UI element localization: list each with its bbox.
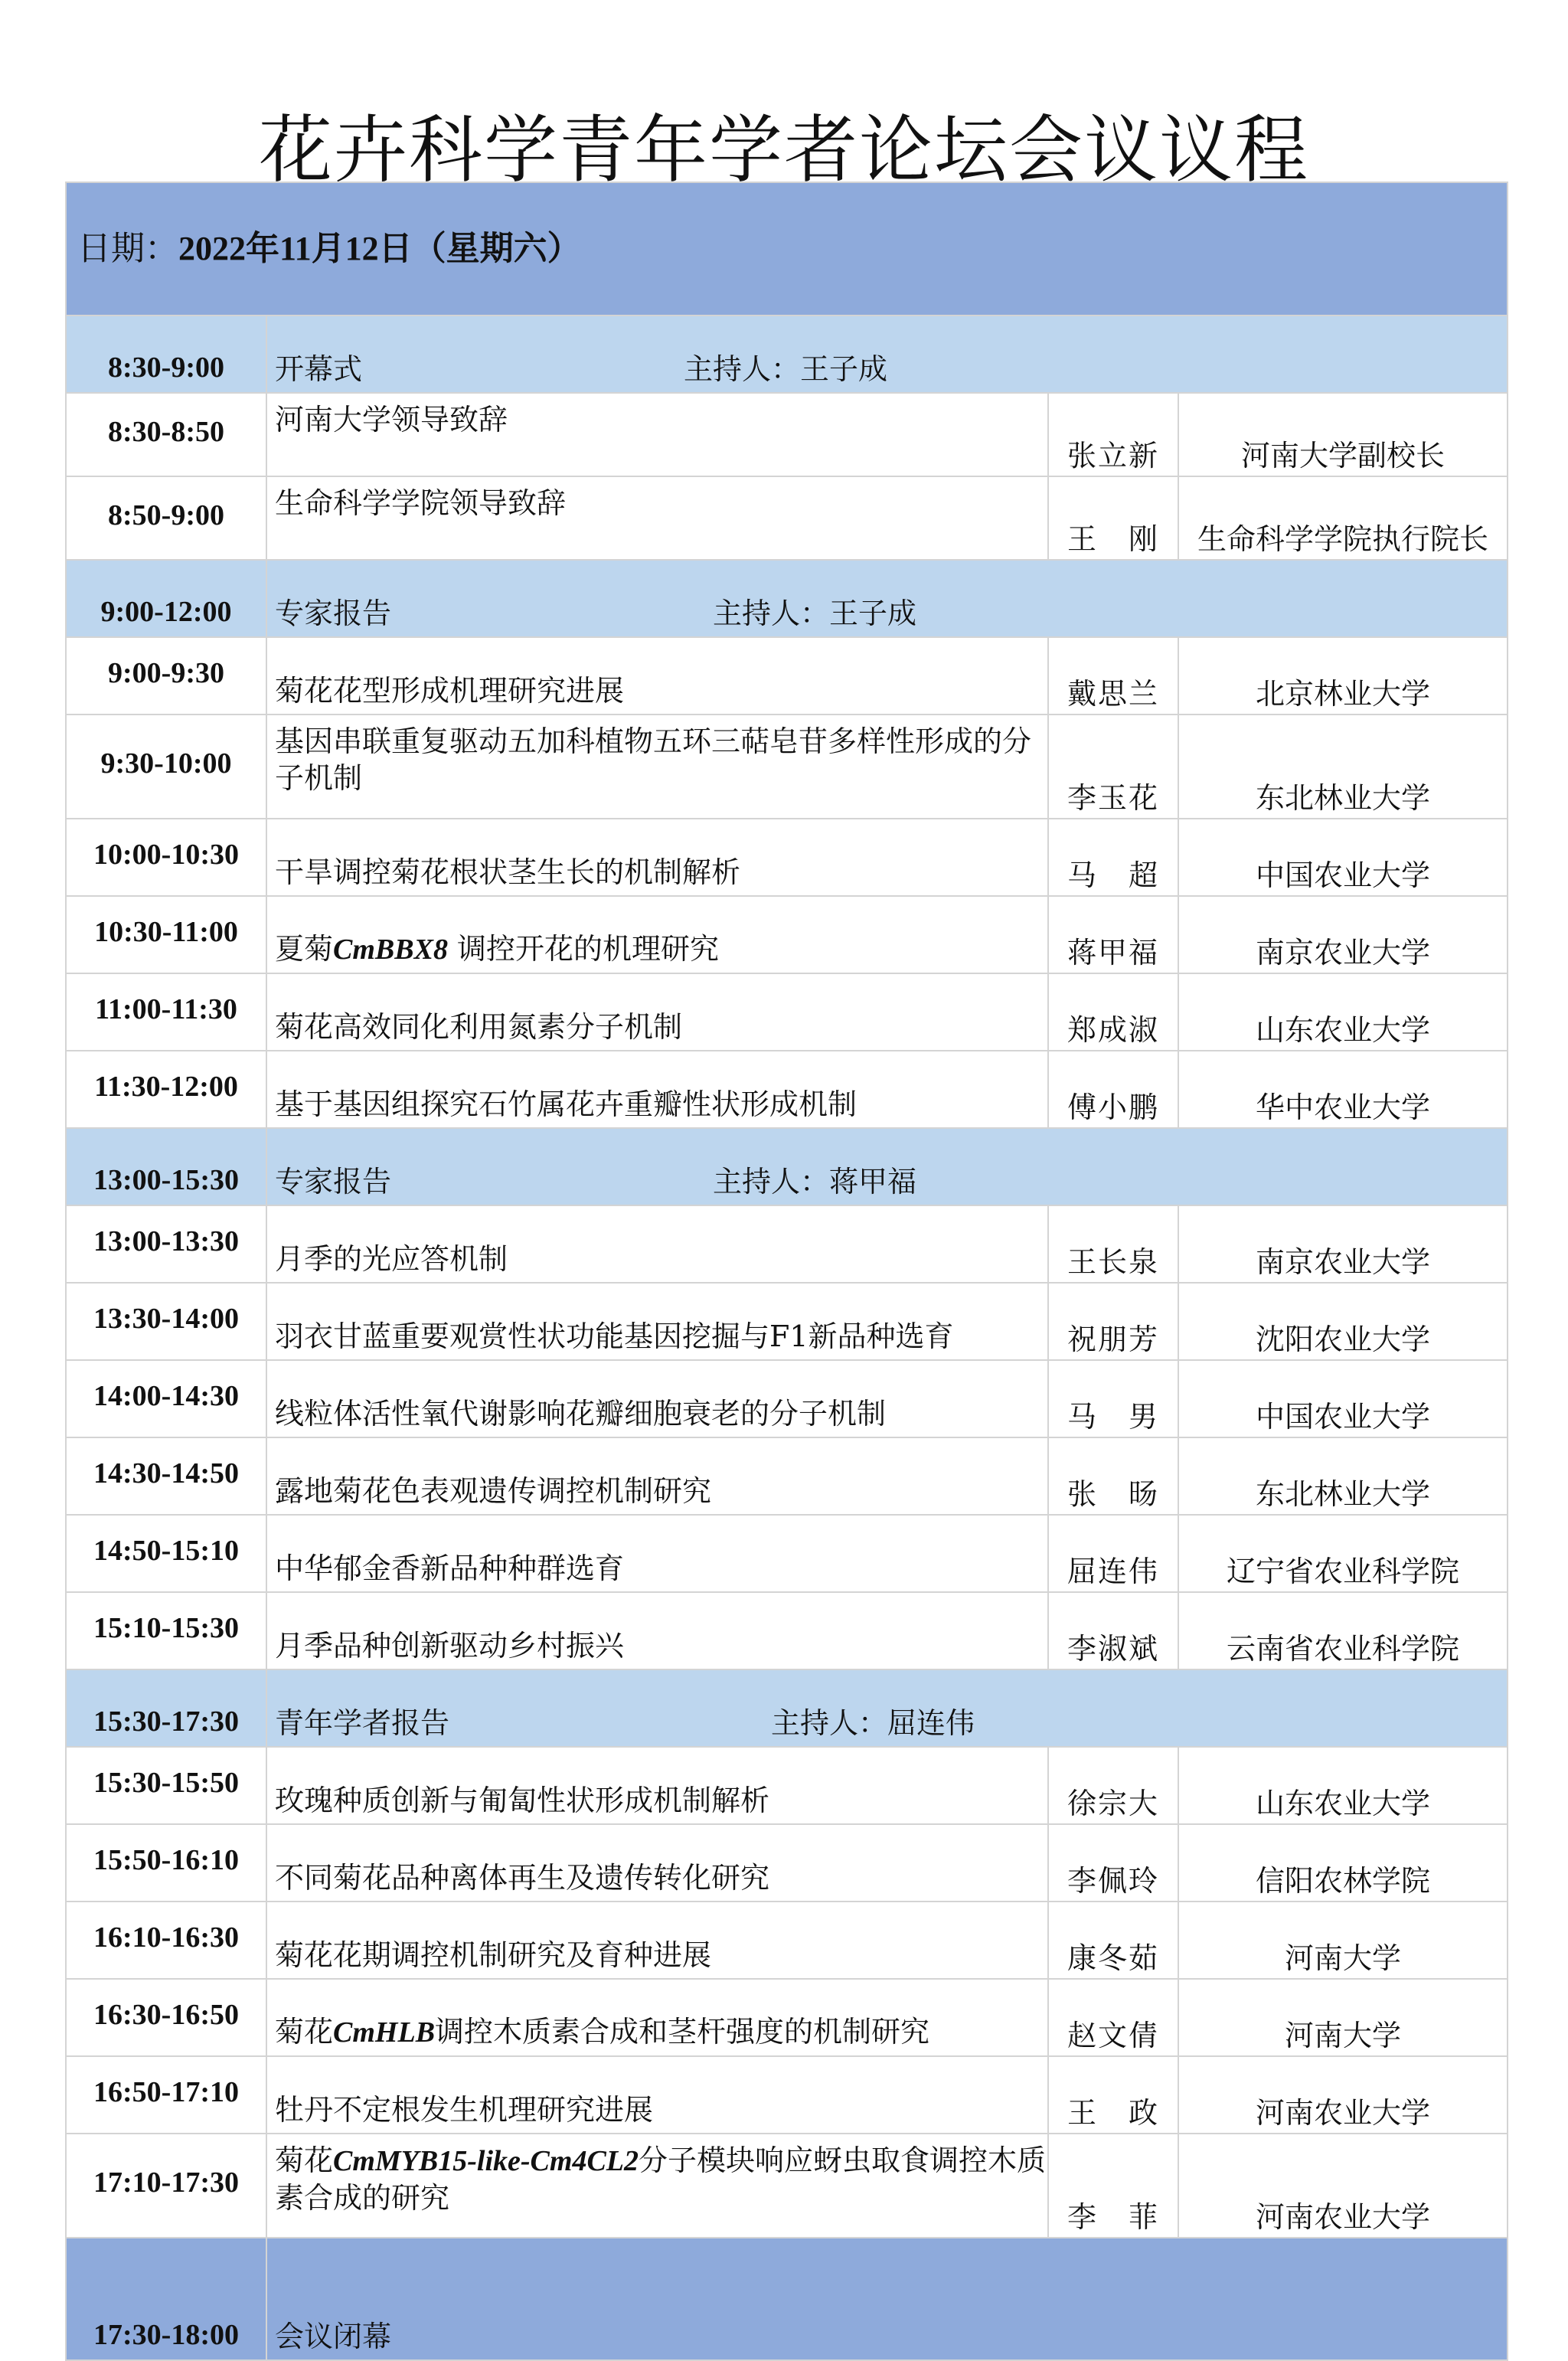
topic-text: 菊花 bbox=[275, 2015, 333, 2049]
table-row: 9:30-10:00 基因串联重复驱动五加科植物五环三萜皂苷多样性形成的分子机制… bbox=[66, 715, 1508, 819]
item-speaker: 马 男 bbox=[1048, 1360, 1178, 1437]
date-label: 日期： bbox=[77, 229, 178, 268]
item-topic: 菊花CmHLB调控木质素合成和茎杆强度的机制研究 bbox=[266, 1979, 1048, 2056]
session-host: 主持人：王子成 bbox=[684, 351, 887, 388]
closing-row: 17:30-18:00 会议闭幕 bbox=[66, 2238, 1508, 2360]
item-topic: 夏菊CmBBX8 调控开花的机理研究 bbox=[266, 896, 1048, 973]
item-speaker: 王 刚 bbox=[1048, 476, 1178, 560]
item-institution: 北京林业大学 bbox=[1178, 637, 1508, 715]
session-title: 青年学者报告主持人：屈连伟 bbox=[266, 1669, 1508, 1747]
table-row: 9:00-9:30 菊花花型形成机理研究进展 戴思兰 北京林业大学 bbox=[66, 637, 1508, 715]
item-time: 8:50-9:00 bbox=[66, 476, 266, 560]
item-topic: 月季的光应答机制 bbox=[266, 1205, 1048, 1283]
session-header: 15:30-17:30 青年学者报告主持人：屈连伟 bbox=[66, 1669, 1508, 1747]
item-time: 9:30-10:00 bbox=[66, 715, 266, 819]
item-institution: 山东农业大学 bbox=[1178, 1747, 1508, 1824]
item-speaker: 李 菲 bbox=[1048, 2134, 1178, 2238]
item-institution: 山东农业大学 bbox=[1178, 973, 1508, 1051]
table-row: 11:30-12:00 基于基因组探究石竹属花卉重瓣性状形成机制 傅小鹏 华中农… bbox=[66, 1051, 1508, 1128]
table-row: 8:30-8:50 河南大学领导致辞 张立新 河南大学副校长 bbox=[66, 393, 1508, 476]
item-topic: 中华郁金香新品种种群选育 bbox=[266, 1515, 1048, 1592]
item-time: 9:00-9:30 bbox=[66, 637, 266, 715]
item-topic: 露地菊花色表观遗传调控机制研究 bbox=[266, 1437, 1048, 1515]
item-topic: 牡丹不定根发生机理研究进展 bbox=[266, 2056, 1048, 2134]
table-row: 13:30-14:00 羽衣甘蓝重要观赏性状功能基因挖掘与F1新品种选育 祝朋芳… bbox=[66, 1283, 1508, 1360]
session-header: 13:00-15:30 专家报告主持人：蒋甲福 bbox=[66, 1128, 1508, 1205]
item-time: 11:30-12:00 bbox=[66, 1051, 266, 1128]
table-row: 10:00-10:30 干旱调控菊花根状茎生长的机制解析 马 超 中国农业大学 bbox=[66, 819, 1508, 896]
item-speaker: 赵文倩 bbox=[1048, 1979, 1178, 2056]
item-speaker: 李淑斌 bbox=[1048, 1592, 1178, 1669]
table-row: 16:30-16:50 菊花CmHLB调控木质素合成和茎杆强度的机制研究 赵文倩… bbox=[66, 1979, 1508, 2056]
session-name: 专家报告 bbox=[275, 1165, 391, 1198]
topic-text: 调控木质素合成和茎杆强度的机制研究 bbox=[435, 2015, 929, 2049]
session-title: 专家报告主持人：蒋甲福 bbox=[266, 1128, 1508, 1205]
item-speaker: 李佩玲 bbox=[1048, 1824, 1178, 1902]
item-speaker: 徐宗大 bbox=[1048, 1747, 1178, 1824]
item-topic: 不同菊花品种离体再生及遗传转化研究 bbox=[266, 1824, 1048, 1902]
session-name: 专家报告 bbox=[275, 597, 391, 630]
table-row: 10:30-11:00 夏菊CmBBX8 调控开花的机理研究 蒋甲福 南京农业大… bbox=[66, 896, 1508, 973]
gene-name: CmMYB15-like-Cm4CL2 bbox=[333, 2145, 639, 2177]
item-time: 16:50-17:10 bbox=[66, 2056, 266, 2134]
item-time: 14:50-15:10 bbox=[66, 1515, 266, 1592]
item-time: 10:00-10:30 bbox=[66, 819, 266, 896]
topic-text: 调控开花的机理研究 bbox=[448, 932, 719, 966]
item-time: 16:10-16:30 bbox=[66, 1902, 266, 1979]
item-time: 14:30-14:50 bbox=[66, 1437, 266, 1515]
item-time: 15:50-16:10 bbox=[66, 1824, 266, 1902]
date-row: 日期：2022年11月12日（星期六） bbox=[66, 182, 1508, 316]
item-time: 15:30-15:50 bbox=[66, 1747, 266, 1824]
item-topic: 线粒体活性氧代谢影响花瓣细胞衰老的分子机制 bbox=[266, 1360, 1048, 1437]
item-topic: 玫瑰种质创新与匍匐性状形成机制解析 bbox=[266, 1747, 1048, 1824]
item-institution: 河南农业大学 bbox=[1178, 2134, 1508, 2238]
item-topic: 月季品种创新驱动乡村振兴 bbox=[266, 1592, 1048, 1669]
table-row: 17:10-17:30 菊花CmMYB15-like-Cm4CL2分子模块响应蚜… bbox=[66, 2134, 1508, 2238]
item-institution: 南京农业大学 bbox=[1178, 896, 1508, 973]
date-value: 2022年11月12日（星期六） bbox=[178, 230, 581, 267]
session-host: 主持人：蒋甲福 bbox=[713, 1163, 916, 1200]
gene-name: CmHLB bbox=[333, 2016, 435, 2049]
item-institution: 中国农业大学 bbox=[1178, 1360, 1508, 1437]
item-topic: 生命科学学院领导致辞 bbox=[266, 476, 1048, 560]
item-time: 11:00-11:30 bbox=[66, 973, 266, 1051]
item-institution: 信阳农林学院 bbox=[1178, 1824, 1508, 1902]
table-row: 15:10-15:30 月季品种创新驱动乡村振兴 李淑斌 云南省农业科学院 bbox=[66, 1592, 1508, 1669]
table-row: 15:50-16:10 不同菊花品种离体再生及遗传转化研究 李佩玲 信阳农林学院 bbox=[66, 1824, 1508, 1902]
item-institution: 东北林业大学 bbox=[1178, 715, 1508, 819]
item-speaker: 王 政 bbox=[1048, 2056, 1178, 2134]
item-topic: 菊花花期调控机制研究及育种进展 bbox=[266, 1902, 1048, 1979]
closing-name: 会议闭幕 bbox=[266, 2238, 1508, 2360]
session-time: 13:00-15:30 bbox=[66, 1128, 266, 1205]
table-row: 16:50-17:10 牡丹不定根发生机理研究进展 王 政 河南农业大学 bbox=[66, 2056, 1508, 2134]
session-name: 开幕式 bbox=[275, 352, 362, 386]
item-institution: 东北林业大学 bbox=[1178, 1437, 1508, 1515]
session-title: 专家报告主持人：王子成 bbox=[266, 560, 1508, 637]
item-speaker: 戴思兰 bbox=[1048, 637, 1178, 715]
topic-text: 夏菊 bbox=[275, 932, 333, 966]
item-topic: 干旱调控菊花根状茎生长的机制解析 bbox=[266, 819, 1048, 896]
item-speaker: 蒋甲福 bbox=[1048, 896, 1178, 973]
item-time: 13:00-13:30 bbox=[66, 1205, 266, 1283]
item-institution: 河南大学副校长 bbox=[1178, 393, 1508, 476]
table-row: 16:10-16:30 菊花花期调控机制研究及育种进展 康冬茹 河南大学 bbox=[66, 1902, 1508, 1979]
item-topic: 河南大学领导致辞 bbox=[266, 393, 1048, 476]
item-topic: 羽衣甘蓝重要观赏性状功能基因挖掘与F1新品种选育 bbox=[266, 1283, 1048, 1360]
session-title: 开幕式主持人：王子成 bbox=[266, 316, 1508, 393]
item-topic: 菊花高效同化利用氮素分子机制 bbox=[266, 973, 1048, 1051]
item-topic: 基因串联重复驱动五加科植物五环三萜皂苷多样性形成的分子机制 bbox=[266, 715, 1048, 819]
item-topic: 菊花花型形成机理研究进展 bbox=[266, 637, 1048, 715]
date-cell: 日期：2022年11月12日（星期六） bbox=[66, 182, 1508, 316]
item-speaker: 张立新 bbox=[1048, 393, 1178, 476]
item-speaker: 屈连伟 bbox=[1048, 1515, 1178, 1592]
table-row: 11:00-11:30 菊花高效同化利用氮素分子机制 郑成淑 山东农业大学 bbox=[66, 973, 1508, 1051]
item-topic: 菊花CmMYB15-like-Cm4CL2分子模块响应蚜虫取食调控木质素合成的研… bbox=[266, 2134, 1048, 2238]
item-speaker: 张 旸 bbox=[1048, 1437, 1178, 1515]
item-institution: 云南省农业科学院 bbox=[1178, 1592, 1508, 1669]
table-row: 14:30-14:50 露地菊花色表观遗传调控机制研究 张 旸 东北林业大学 bbox=[66, 1437, 1508, 1515]
item-institution: 河南农业大学 bbox=[1178, 2056, 1508, 2134]
item-time: 8:30-8:50 bbox=[66, 393, 266, 476]
session-host: 主持人：王子成 bbox=[713, 595, 916, 632]
item-speaker: 王长泉 bbox=[1048, 1205, 1178, 1283]
item-institution: 辽宁省农业科学院 bbox=[1178, 1515, 1508, 1592]
agenda-table: 日期：2022年11月12日（星期六） 8:30-9:00 开幕式主持人：王子成… bbox=[65, 181, 1508, 2361]
item-institution: 河南大学 bbox=[1178, 1902, 1508, 1979]
session-header: 8:30-9:00 开幕式主持人：王子成 bbox=[66, 316, 1508, 393]
item-time: 14:00-14:30 bbox=[66, 1360, 266, 1437]
item-time: 17:10-17:30 bbox=[66, 2134, 266, 2238]
item-institution: 南京农业大学 bbox=[1178, 1205, 1508, 1283]
table-row: 8:50-9:00 生命科学学院领导致辞 王 刚 生命科学学院执行院长 bbox=[66, 476, 1508, 560]
item-speaker: 马 超 bbox=[1048, 819, 1178, 896]
item-time: 15:10-15:30 bbox=[66, 1592, 266, 1669]
item-institution: 河南大学 bbox=[1178, 1979, 1508, 2056]
session-time: 9:00-12:00 bbox=[66, 560, 266, 637]
closing-time: 17:30-18:00 bbox=[66, 2238, 266, 2360]
gene-name: CmBBX8 bbox=[333, 934, 448, 966]
item-speaker: 郑成淑 bbox=[1048, 973, 1178, 1051]
item-time: 13:30-14:00 bbox=[66, 1283, 266, 1360]
session-host: 主持人：屈连伟 bbox=[771, 1705, 975, 1741]
item-institution: 中国农业大学 bbox=[1178, 819, 1508, 896]
item-time: 10:30-11:00 bbox=[66, 896, 266, 973]
item-speaker: 李玉花 bbox=[1048, 715, 1178, 819]
table-row: 14:00-14:30 线粒体活性氧代谢影响花瓣细胞衰老的分子机制 马 男 中国… bbox=[66, 1360, 1508, 1437]
item-institution: 沈阳农业大学 bbox=[1178, 1283, 1508, 1360]
item-speaker: 康冬茹 bbox=[1048, 1902, 1178, 1979]
table-row: 15:30-15:50 玫瑰种质创新与匍匐性状形成机制解析 徐宗大 山东农业大学 bbox=[66, 1747, 1508, 1824]
item-topic: 基于基因组探究石竹属花卉重瓣性状形成机制 bbox=[266, 1051, 1048, 1128]
session-time: 15:30-17:30 bbox=[66, 1669, 266, 1747]
item-speaker: 祝朋芳 bbox=[1048, 1283, 1178, 1360]
table-row: 14:50-15:10 中华郁金香新品种种群选育 屈连伟 辽宁省农业科学院 bbox=[66, 1515, 1508, 1592]
session-time: 8:30-9:00 bbox=[66, 316, 266, 393]
topic-text: 菊花 bbox=[275, 2144, 333, 2177]
item-institution: 生命科学学院执行院长 bbox=[1178, 476, 1508, 560]
item-speaker: 傅小鹏 bbox=[1048, 1051, 1178, 1128]
item-time: 16:30-16:50 bbox=[66, 1979, 266, 2056]
session-header: 9:00-12:00 专家报告主持人：王子成 bbox=[66, 560, 1508, 637]
table-row: 13:00-13:30 月季的光应答机制 王长泉 南京农业大学 bbox=[66, 1205, 1508, 1283]
session-name: 青年学者报告 bbox=[275, 1706, 449, 1740]
item-institution: 华中农业大学 bbox=[1178, 1051, 1508, 1128]
